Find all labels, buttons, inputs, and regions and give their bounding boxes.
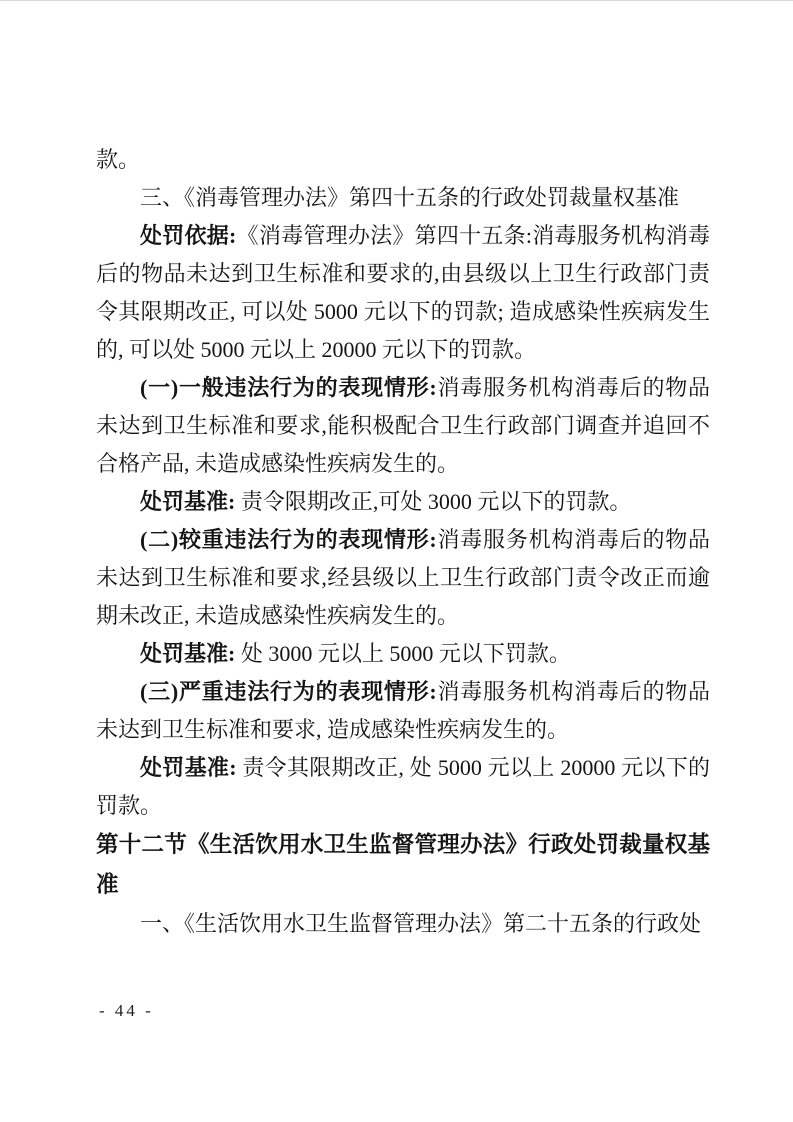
item2-penalty-text: 处 3000 元以上 5000 元以下罚款。 xyxy=(241,641,571,666)
penalty-basis-paragraph: 处罚依据:《消毒管理办法》第四十五条:消毒服务机构消毒后的物品未达到卫生标准和要… xyxy=(96,217,710,369)
paragraph-continuation: 款。 xyxy=(96,141,710,179)
section12-first-line: 一、《生活饮用水卫生监督管理办法》第二十五条的行政处 xyxy=(96,905,710,943)
section12-heading: 第十二节《生活饮用水卫生监督管理办法》行政处罚裁量权基准 xyxy=(96,825,710,905)
page-number: - 44 - xyxy=(99,1001,154,1021)
document-body: 款。 三、《消毒管理办法》第四十五条的行政处罚裁量权基准 处罚依据:《消毒管理办… xyxy=(96,141,710,943)
document-page: 款。 三、《消毒管理办法》第四十五条的行政处罚裁量权基准 处罚依据:《消毒管理办… xyxy=(0,0,793,1122)
penalty-basis-label: 处罚依据: xyxy=(140,223,236,248)
article45-heading: 三、《消毒管理办法》第四十五条的行政处罚裁量权基准 xyxy=(96,179,710,217)
item2-situation-paragraph: (二)较重违法行为的表现情形:消毒服务机构消毒后的物品未达到卫生标准和要求,经县… xyxy=(96,521,710,635)
item2-penalty-paragraph: 处罚基准: 处 3000 元以上 5000 元以下罚款。 xyxy=(96,635,710,673)
item1-penalty-label: 处罚基准: xyxy=(140,489,235,514)
item1-situation-paragraph: (一)一般违法行为的表现情形:消毒服务机构消毒后的物品未达到卫生标准和要求,能积… xyxy=(96,369,710,483)
item1-situation-label: (一)一般违法行为的表现情形: xyxy=(140,375,437,400)
item1-penalty-paragraph: 处罚基准: 责令限期改正,可处 3000 元以下的罚款。 xyxy=(96,483,710,521)
item3-situation-paragraph: (三)严重违法行为的表现情形:消毒服务机构消毒后的物品未达到卫生标准和要求, 造… xyxy=(96,673,710,749)
item3-penalty-paragraph: 处罚基准: 责令其限期改正, 处 5000 元以上 20000 元以下的罚款。 xyxy=(96,749,710,825)
item2-situation-label: (二)较重违法行为的表现情形: xyxy=(140,527,437,552)
item1-penalty-text: 责令限期改正,可处 3000 元以下的罚款。 xyxy=(241,489,632,514)
item3-penalty-label: 处罚基准: xyxy=(140,755,237,780)
item3-situation-label: (三)严重违法行为的表现情形: xyxy=(140,679,437,704)
item2-penalty-label: 处罚基准: xyxy=(140,641,235,666)
